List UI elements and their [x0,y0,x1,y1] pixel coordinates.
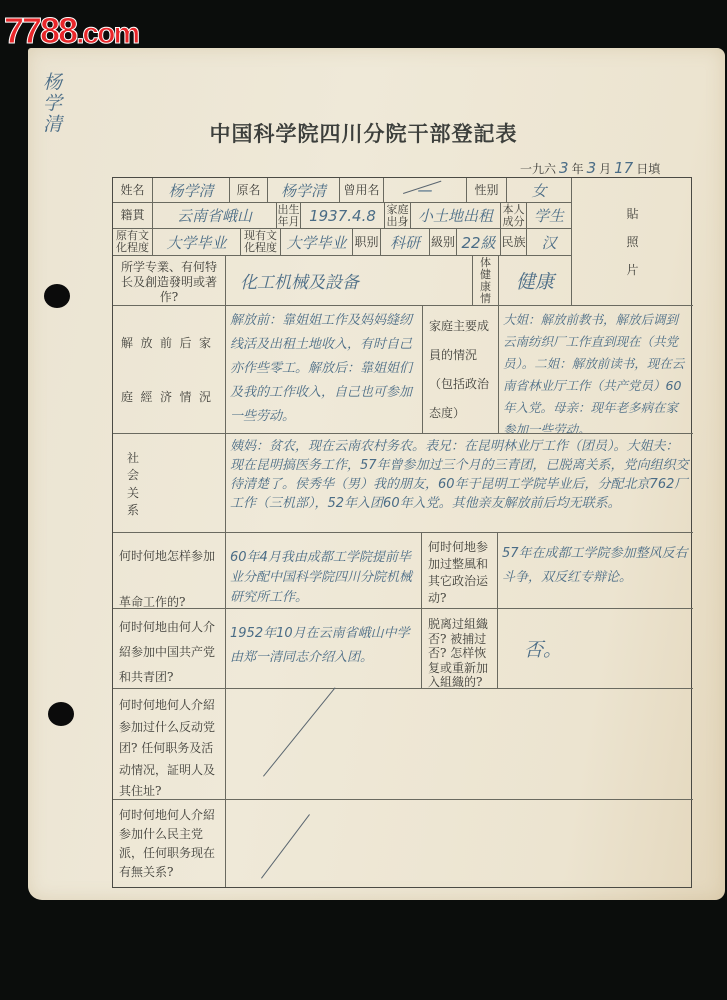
native-place-value: 云南省峨山 [153,203,277,229]
form-title: 中国科学院四川分院干部登記表 [0,118,727,148]
birth-label: 出生年月 [277,203,301,229]
fill-date: 一九六3年3月17日填 [520,159,660,177]
economic-label: 解放前后家 庭經济情況 [113,306,226,434]
current-education-value: 大学毕业 [281,229,353,256]
original-education-value: 大学毕业 [153,229,241,256]
party-join-value: 1952年10月在云南省峨山中学由郑一清同志介绍入团。 [226,609,422,689]
position-value: 科研 [381,229,430,256]
punch-hole-icon [48,702,74,726]
democratic-party-value [226,800,693,887]
personal-status-value: 学生 [527,203,572,229]
family-members-label: 家庭主要成 員的情況 （包括政治 态度） [423,306,499,434]
registration-form: 姓名 杨学清 原名 杨学清 曾用名 — 性别 女 籍貫 云南省峨山 出生年月 1… [112,177,692,888]
punch-hole-icon [44,284,70,308]
original-education-label: 原有文化程度 [113,229,153,256]
social-relations-label: 社会 关系 [113,434,226,533]
name-label: 姓名 [113,178,153,203]
separation-label: 脱离过組織否? 被捕过否? 怎样恢复或重新加入組織的? [422,609,498,689]
specialty-label: 所学专業、有何特长及創造發明或著作? [113,256,226,306]
birth-value: 1937.4.8 [301,203,385,229]
economic-value: 解放前：靠姐姐工作及妈妈缝纫线活及出租土地收入，有时自己亦作些零工。解放后：靠姐… [226,306,423,434]
health-value: 健康 [499,256,572,306]
gender-label: 性别 [467,178,507,203]
watermark: 7788.com [4,10,138,52]
health-label: 身体健康情況 [473,256,499,306]
grade-label: 級别 [430,229,457,256]
original-name-value: 杨学清 [268,178,340,203]
party-join-label: 何时何地由何人介紹参加中国共产党和共青团? [113,609,226,689]
revolution-value: 60年4月我由成都工学院提前毕业分配中国科学院四川分院机械研究所工作。 [226,533,422,609]
family-origin-label: 家庭出身 [385,203,411,229]
ethnicity-value: 汉 [527,229,572,256]
ethnicity-label: 民族 [501,229,527,256]
position-label: 职别 [353,229,381,256]
personal-status-label: 本人成分 [501,203,527,229]
current-education-label: 现有文化程度 [241,229,281,256]
reactionary-party-value [226,689,693,800]
photo-placeholder: 貼 照 片 [572,178,693,306]
revolution-label: 何时何地怎样参加革命工作的? [113,533,226,609]
former-name-value: — [384,178,467,203]
separation-value: 否。 [498,609,693,689]
social-relations-value: 姨妈：贫农，现在云南农村务农。表兄：在昆明林业厅工作（团员）。大姐夫：现在昆明搞… [226,434,693,533]
gender-value: 女 [507,178,572,203]
grade-value: 22級 [457,229,501,256]
native-place-label: 籍貫 [113,203,153,229]
democratic-party-label: 何时何地何人介紹参加什么民主党派，任何职务现在有無关系? [113,800,226,887]
name-value: 杨学清 [153,178,230,203]
reactionary-party-label: 何时何地何人介紹参加过什么反动党团? 任何职务及活动情况，証明人及其住址? [113,689,226,800]
family-members-value: 大姐：解放前教书，解放后调到云南纺织厂工作直到现在（共党员）。二姐：解放前读书，… [499,306,693,434]
original-name-label: 原名 [230,178,268,203]
rectification-label: 何时何地参加过整風和其它政治运动? [422,533,498,609]
specialty-value: 化工机械及設备 [226,256,473,306]
rectification-value: 57年在成都工学院参加整风反右斗争，双反红专辩论。 [498,533,693,609]
family-origin-value: 小土地出租 [411,203,501,229]
former-name-label: 曾用名 [340,178,384,203]
